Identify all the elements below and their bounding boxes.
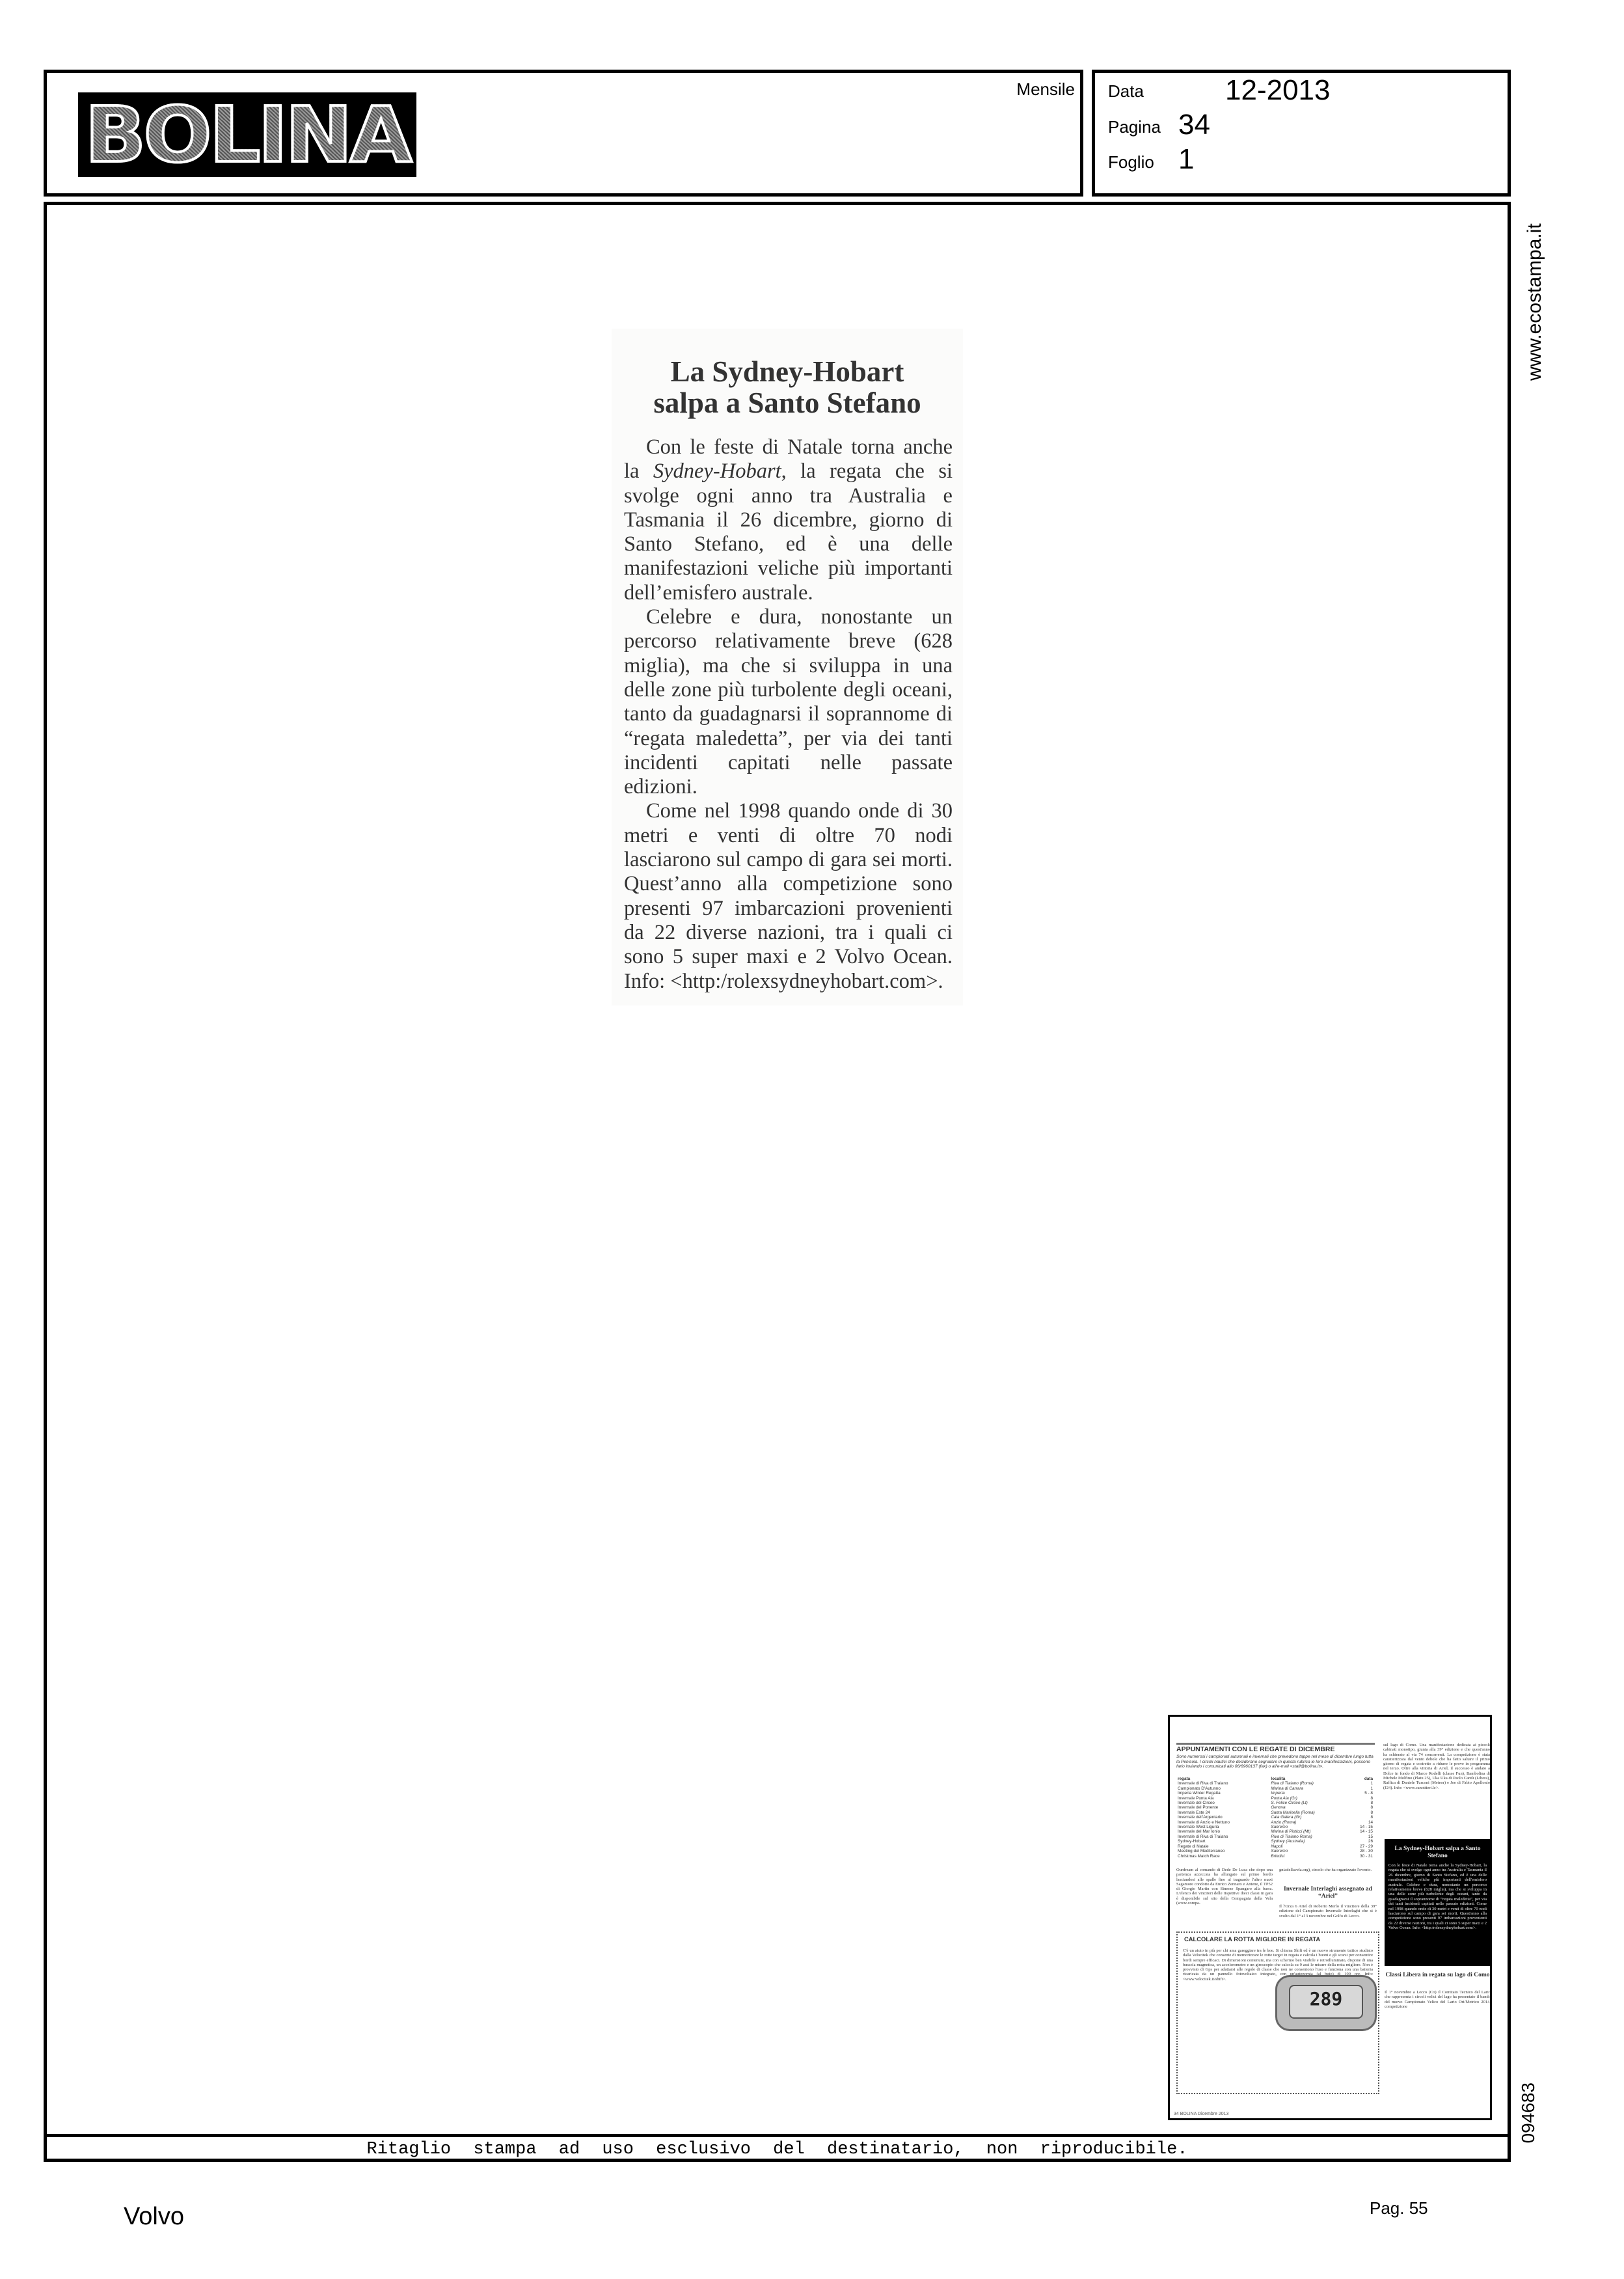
table-row: Invernale Punta AlaPunta Ala (Gr)8 (1178, 1796, 1373, 1801)
page-value: 34 (1178, 109, 1210, 141)
table-cell: Riva di Traiano (Roma) (1271, 1781, 1349, 1786)
table-cell: Invernale di Anzio e Nettuno (1178, 1820, 1271, 1825)
table-cell: Marina di Pisticci (Mt) (1271, 1829, 1349, 1834)
table-cell: Regate di Natale (1178, 1844, 1271, 1849)
table-cell: Anzio (Roma) (1271, 1820, 1349, 1825)
table-cell: 30 - 31 (1349, 1854, 1373, 1859)
table-row: Invernale di Riva di TraianoRiva di Trai… (1178, 1781, 1373, 1786)
page-label: Pagina (1108, 117, 1161, 137)
document-code: 094683 (1518, 2082, 1539, 2143)
col-header: regata (1178, 1777, 1271, 1781)
disclaimer-text: Ritaglio stampa ad uso esclusivo del des… (44, 2137, 1511, 2162)
table-cell: Campionato D'Autunno (1178, 1786, 1271, 1791)
table-cell: Invernale West Liguria (1178, 1825, 1271, 1829)
table-cell: Marina di Carrara (1271, 1786, 1349, 1791)
publication-logo-text: BOLINA (85, 96, 409, 173)
thumb-product-box: CALCOLARE LA ROTTA MIGLIORE IN REGATA C'… (1176, 1931, 1379, 2094)
table-cell: Sanremo (1271, 1825, 1349, 1829)
table-cell: Invernale del Ponente (1178, 1805, 1271, 1810)
table-cell: Sanremo (1271, 1849, 1349, 1853)
col-header: località (1271, 1777, 1349, 1781)
col-header: data (1349, 1777, 1373, 1781)
article-body: Con le feste di Natale torna anche la Sy… (612, 435, 963, 994)
table-cell: Invernale Punta Ala (1178, 1796, 1271, 1801)
publication-logo: BOLINA (78, 92, 416, 177)
table-row: Invernale West LiguriaSanremo14 - 15 (1178, 1825, 1373, 1829)
table-cell: 14 - 15 (1349, 1829, 1373, 1834)
table-row: Regate di NataleNapoli27 - 29 (1178, 1844, 1373, 1849)
thumb-classi-body: Il 1° novembre a Lecco (Co) il Comitato … (1385, 1990, 1491, 2009)
table-cell: Punta Ala (Gr) (1271, 1796, 1349, 1801)
table-row: Sydney-HobartSydney (Australia)26 (1178, 1839, 1373, 1844)
table-cell: 26 (1349, 1839, 1373, 1844)
table-cell: Imperia (1271, 1791, 1349, 1795)
table-cell: 8 (1349, 1801, 1373, 1805)
date-label: Data (1108, 81, 1144, 102)
table-cell: 15 (1349, 1835, 1373, 1839)
table-cell: Imperia Winter Regatta (1178, 1791, 1271, 1795)
table-cell: 1 (1349, 1781, 1373, 1786)
article-paragraph: Come nel 1998 quando onde di 30 metri e … (624, 799, 953, 993)
table-cell: Brindisi (1271, 1854, 1349, 1859)
table-row: Invernale del CirceoS. Felice Circeo (Lt… (1178, 1801, 1373, 1805)
date-value: 12-2013 (1225, 74, 1330, 107)
thumb-highlight-body: Con le feste di Natale torna anche la Sy… (1385, 1860, 1491, 1934)
thumb-events-intro: Sono numerosi i campionati autunnali e i… (1176, 1754, 1375, 1769)
table-cell: Santa Marinella (Roma) (1271, 1810, 1349, 1815)
website-vertical-text: www.ecostampa.it (1524, 218, 1546, 381)
table-cell: Invernale di Riva di Traiano (1178, 1835, 1271, 1839)
header-meta-box: Data 12-2013 Pagina 34 Foglio 1 (1092, 70, 1511, 197)
thumb-interlaghi-title: Invernale Interlaghi assegnato ad “Ariel… (1279, 1886, 1377, 1900)
thumb-events-heading: APPUNTAMENTI CON LE REGATE DI DICEMBRE (1176, 1743, 1375, 1752)
table-cell: 5 - 8 (1349, 1791, 1373, 1795)
article-title-line-2: salpa a Santo Stefano (612, 387, 963, 418)
table-header-row: regata località data (1178, 1777, 1373, 1781)
client-name: Volvo (124, 2203, 184, 2231)
table-cell: 8 (1349, 1805, 1373, 1810)
table-cell: Christmas Match Race (1178, 1854, 1271, 1859)
thumb-highlight-title: La Sydney-Hobart salpa a Santo Stefano (1385, 1846, 1491, 1860)
article-paragraph: Con le feste di Natale torna anche la Sy… (624, 435, 953, 605)
thumb-highlight-box: La Sydney-Hobart salpa a Santo Stefano C… (1385, 1839, 1491, 1966)
table-cell: Invernale del Circeo (1178, 1801, 1271, 1805)
table-row: Campionato D'AutunnoMarina di Carrara1 (1178, 1786, 1373, 1791)
table-cell: 14 - 15 (1349, 1825, 1373, 1829)
instrument-image: 289 (1275, 1975, 1377, 2031)
article-paragraph: Celebre e dura, nonostante un percorso r… (624, 605, 953, 799)
table-cell: 1 (1349, 1786, 1373, 1791)
thumb-events-table: regata località data Invernale di Riva d… (1178, 1777, 1373, 1859)
table-row: Imperia Winter RegattaImperia5 - 8 (1178, 1791, 1373, 1795)
table-cell: Invernale dell'Argentario (1178, 1815, 1271, 1820)
table-cell: 28 - 30 (1349, 1849, 1373, 1853)
table-row: Invernale di Riva di TraianoRiva di Trai… (1178, 1835, 1373, 1839)
table-row: Christmas Match RaceBrindisi30 - 31 (1178, 1854, 1373, 1859)
table-cell: 27 - 29 (1349, 1844, 1373, 1849)
thumb-col-left: Ourdream al comando di Dede De Luca che … (1176, 1868, 1273, 1905)
table-row: Invernale Este 24Santa Marinella (Roma)8 (1178, 1810, 1373, 1815)
table-cell: Meeting del Mediterraneo (1178, 1849, 1271, 1853)
sheet-value: 1 (1178, 143, 1194, 176)
thumb-classi-title: Classi Libera in regata su lago di Como (1385, 1972, 1491, 1979)
table-cell: Sydney-Hobart (1178, 1839, 1271, 1844)
table-cell: 14 (1349, 1820, 1373, 1825)
page-number: Pag. 55 (1370, 2198, 1428, 2218)
table-cell: Invernale del Mar Ionio (1178, 1829, 1271, 1834)
table-cell: Genova (1271, 1805, 1349, 1810)
table-cell: Cala Galera (Gr) (1271, 1815, 1349, 1820)
table-row: Meeting del MediterraneoSanremo28 - 30 (1178, 1849, 1373, 1853)
table-cell: Napoli (1271, 1844, 1349, 1849)
article-title-line-1: La Sydney-Hobart (612, 356, 963, 387)
table-cell: Invernale Este 24 (1178, 1810, 1271, 1815)
table-cell: 8 (1349, 1796, 1373, 1801)
frequency-label: Mensile (1016, 79, 1075, 100)
instrument-display: 289 (1289, 1985, 1363, 2019)
thumb-col-mid: gniadellavela.org), circolo che ha organ… (1279, 1868, 1377, 1872)
table-row: Invernale di Anzio e NettunoAnzio (Roma)… (1178, 1820, 1373, 1825)
table-row: Invernale del PonenteGenova8 (1178, 1805, 1373, 1810)
table-row: Invernale del Mar IonioMarina di Pisticc… (1178, 1829, 1373, 1834)
article-clipping: La Sydney-Hobart salpa a Santo Stefano C… (612, 329, 963, 1005)
thumb-col-right-top: sul lago di Como. Una manifestazione ded… (1383, 1743, 1490, 1790)
table-cell: S. Felice Circeo (Lt) (1271, 1801, 1349, 1805)
table-cell: 8 (1349, 1815, 1373, 1820)
article-title: La Sydney-Hobart salpa a Santo Stefano (612, 356, 963, 418)
table-cell: 8 (1349, 1810, 1373, 1815)
thumb-product-heading: CALCOLARE LA ROTTA MIGLIORE IN REGATA (1184, 1937, 1378, 1942)
sheet-label: Foglio (1108, 152, 1154, 172)
table-cell: Sydney (Australia) (1271, 1839, 1349, 1844)
race-name-italic: Sydney-Hobart (653, 459, 781, 483)
table-cell: Riva di Traiano Roma) (1271, 1835, 1349, 1839)
page-thumbnail: APPUNTAMENTI CON LE REGATE DI DICEMBRE S… (1168, 1715, 1492, 2120)
thumb-interlaghi-body: Il l'Orza 6 Ariel di Roberto Merlo il vi… (1279, 1904, 1377, 1918)
thumb-page-footer: 34 BOLINA Dicembre 2013 (1174, 2112, 1228, 2117)
table-cell: Invernale di Riva di Traiano (1178, 1781, 1271, 1786)
table-row: Invernale dell'ArgentarioCala Galera (Gr… (1178, 1815, 1373, 1820)
